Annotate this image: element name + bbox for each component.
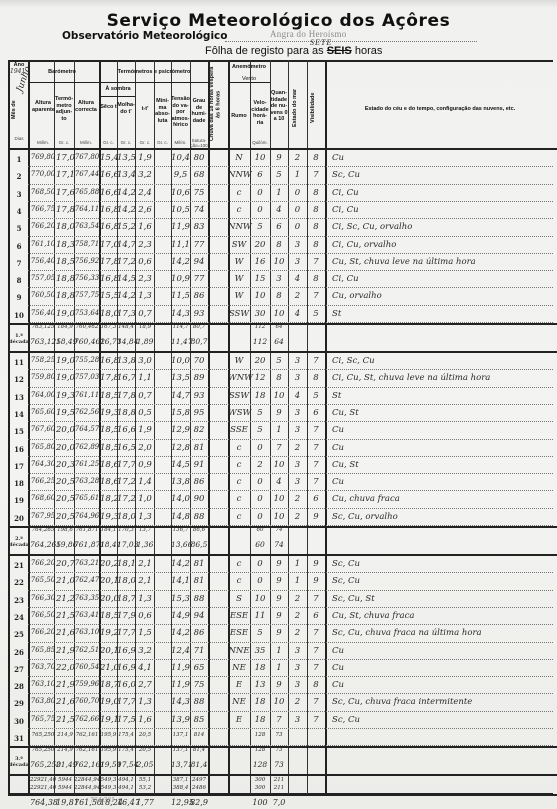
cell-vis: 7 [307, 460, 325, 470]
cell-rumo: c [228, 512, 250, 522]
cell-alt: 766,20 [30, 559, 56, 567]
cell-mar: 3 [288, 356, 307, 366]
cell-seco: 18,0 [100, 309, 117, 319]
cell-grau: 83 [190, 222, 208, 232]
header-barometro: Barómetro [32, 69, 92, 76]
cell-seco: 18,5 [100, 425, 117, 435]
cell-grau: 81 [190, 559, 208, 569]
decada-mean-cell: 17,54 [117, 760, 135, 769]
decada-label: 3.ª década [8, 756, 30, 768]
cell-corr: 762,56 [74, 408, 100, 416]
header-altura-correcta: Altura correcta [74, 100, 98, 113]
row-divider [99, 96, 135, 97]
cell-corr: 757,03 [74, 373, 100, 381]
cell-corr: 764,57 [74, 425, 100, 433]
row-guide [28, 693, 553, 694]
day-number: 31 [10, 734, 28, 743]
decada-mean-cell: 2,05 [136, 760, 154, 769]
cell-diff: 3,0 [136, 356, 154, 366]
cell-vis: 9 [307, 559, 325, 569]
cell-tens: 11,9 [171, 222, 190, 232]
total-sum-b: 22844,94 [74, 785, 100, 791]
cell-molh: 14,7 [117, 240, 135, 250]
day-number: 7 [10, 259, 28, 268]
row-guide [28, 218, 553, 219]
cell-nuv: 10 [270, 309, 288, 319]
decada-mean-cell: 73 [270, 760, 288, 769]
cell-diff: 1,3 [136, 697, 154, 707]
cell-diff: 1,1 [136, 373, 154, 383]
cell-mar: 3 [288, 425, 307, 435]
cell-tens: 10,4 [171, 153, 190, 163]
cell-seco: 16,8 [100, 274, 117, 284]
cell-nuv: 10 [270, 494, 288, 504]
cell-nuv: 9 [270, 559, 288, 569]
cell-molh: 17,2 [117, 257, 135, 267]
cell-vel: 11 [250, 611, 270, 621]
cell-diff: 3,2 [136, 646, 154, 656]
header-mes: Mês de [11, 95, 19, 125]
cell-vis: 8 [307, 373, 325, 383]
cell-rumo: NNW [228, 222, 250, 232]
cell-corr: 753,64 [74, 309, 100, 317]
cell-alt: 763,70 [30, 663, 56, 671]
cell-vel: 5 [250, 408, 270, 418]
cell-seco: 20,0 [100, 594, 117, 604]
cell-rumo: NNW [228, 170, 250, 180]
decada-mean-cell: 764,265 [30, 540, 56, 549]
cell-corr: 757,75 [74, 291, 100, 299]
decada-sum-cell: 60 [250, 527, 270, 533]
cell-molh: 13,4 [117, 170, 135, 180]
total-sum-a: 2497 [190, 777, 208, 783]
cell-nuv: 3 [270, 274, 288, 284]
day-number: 29 [10, 699, 28, 708]
cell-vis: 8 [307, 188, 325, 198]
cell-nuv: 5 [270, 170, 288, 180]
cell-vis: 5 [307, 309, 325, 319]
total-sum-b: 5944 [56, 785, 74, 791]
cell-nuv: 9 [270, 680, 288, 690]
unit-vel: Quilóm. [250, 140, 270, 145]
cell-rumo: SSW [228, 309, 250, 319]
cell-molh: 17,2 [117, 477, 135, 487]
cell-molh: 16,9 [117, 646, 135, 656]
cell-grau: 88 [190, 697, 208, 707]
cell-rumo: SSE [228, 425, 250, 435]
cell-seco: 20,1 [100, 646, 117, 656]
day-number: 4 [10, 207, 28, 216]
cell-rumo: W [228, 356, 250, 366]
cell-corr: 763,54 [74, 222, 100, 230]
total-sum-b: 53,2 [136, 785, 154, 791]
cell-molh: 13,8 [117, 356, 135, 366]
cell-nuv: 8 [270, 291, 288, 301]
cell-corr: 762,161 [74, 732, 100, 738]
header-a-sombra: À sombra [100, 86, 136, 93]
day-number: 2 [10, 172, 28, 181]
row-divider [8, 554, 557, 556]
cell-rumo: c [228, 443, 250, 453]
cell-alt: 758,25 [30, 356, 56, 364]
cell-seco: 16,8 [100, 205, 117, 215]
decada-sum-cell: 81,4 [190, 747, 208, 753]
cell-corr: 767,44 [74, 170, 100, 178]
cell-mar: 1 [288, 170, 307, 180]
row-guide [28, 184, 553, 185]
cell-mar: 0 [288, 205, 307, 215]
cell-molh: 17,7 [117, 460, 135, 470]
column-divider [208, 60, 210, 795]
cell-corr: 763,41 [74, 611, 100, 619]
unit-seco: Gr. c. [100, 140, 117, 145]
cell-diff: 1,3 [136, 291, 154, 301]
decada-sum-cell: 74 [270, 527, 288, 533]
weather-description: Cu [332, 680, 344, 690]
day-number: 12 [10, 375, 28, 384]
row-guide [28, 642, 553, 643]
cell-term: 21,6 [56, 697, 74, 707]
cell-nuv: 10 [270, 391, 288, 401]
cell-seco: 20,2 [100, 559, 117, 569]
row-guide [28, 287, 553, 288]
row-guide [28, 421, 553, 422]
day-number: 15 [10, 427, 28, 436]
cell-seco: 16,6 [100, 170, 117, 180]
cell-tens: 10,0 [171, 356, 190, 366]
cell-grau: 88 [190, 594, 208, 604]
unit-diff: Gr. c. [136, 140, 154, 145]
footer-note: 764,381 [90, 797, 115, 804]
cell-tens: 12,4 [171, 646, 190, 656]
cell-nuv: 4 [270, 205, 288, 215]
cell-alt: 756,40 [30, 257, 56, 265]
cell-diff: 3,2 [136, 170, 154, 180]
decada-mean-cell: 18,49 [56, 337, 74, 346]
total-sum-b: 2486 [190, 785, 208, 791]
weather-description: Sc, Cu [332, 559, 360, 569]
cell-tens: 15,8 [171, 408, 190, 418]
cell-vel: 18 [250, 715, 270, 725]
header-estado-mar: Estado do mar [292, 88, 300, 128]
cell-diff: 2,0 [136, 443, 154, 453]
observatory-stamp: Angra do Heroísmo [270, 29, 347, 39]
cell-grau: 91 [190, 460, 208, 470]
weather-description: St [332, 309, 341, 319]
weather-description: Ci, Sc, Cu [332, 356, 375, 366]
row-guide [28, 166, 553, 167]
decada-sum-cell: 761,871 [74, 527, 100, 533]
cell-seco: 17,8 [100, 373, 117, 383]
cell-mar: 2 [288, 697, 307, 707]
decada-sum-cell: 763,125 [30, 324, 56, 330]
cell-diff: 2,3 [136, 274, 154, 284]
cell-vel: 0 [250, 512, 270, 522]
cell-vis: 6 [307, 494, 325, 504]
cell-term: 21,5 [56, 715, 74, 725]
cell-rumo: c [228, 205, 250, 215]
cell-nuv: 73 [270, 732, 288, 738]
decada-sum-cell: 167,3 [100, 324, 117, 330]
cell-grau: 86 [190, 628, 208, 638]
cell-seco: 19,3 [100, 512, 117, 522]
cell-diff: 1,3 [136, 512, 154, 522]
row-guide [28, 236, 553, 237]
cell-diff: 1,6 [136, 222, 154, 232]
cell-tens: 13,8 [171, 477, 190, 487]
cell-corr: 763,28 [74, 477, 100, 485]
cell-vel: 20 [250, 240, 270, 250]
cell-nuv: 8 [270, 373, 288, 383]
cell-nuv: 1 [270, 663, 288, 673]
header-visibilidade: Visibilidade [310, 88, 318, 128]
cell-mar: 1 [288, 576, 307, 586]
decada-sum-cell: 114,7 [171, 324, 190, 330]
cell-alt: 764,30 [30, 460, 56, 468]
day-number: 3 [10, 190, 28, 199]
cell-diff: 2,1 [136, 576, 154, 586]
cell-vel: 128 [250, 732, 270, 738]
row-guide [28, 711, 553, 712]
row-divider [8, 148, 557, 150]
cell-corr: 761,11 [74, 391, 100, 399]
cell-diff: 1,9 [136, 153, 154, 163]
weather-description: Sc, Cu, chuva fraca intermitente [332, 697, 472, 707]
cell-nuv: 8 [270, 240, 288, 250]
decada-sum-cell: 20,5 [136, 747, 154, 753]
cell-mar: 4 [288, 274, 307, 284]
cell-diff: 2,1 [136, 559, 154, 569]
weather-description: Cu [332, 663, 344, 673]
decada-mean-cell: 763,125 [30, 337, 56, 346]
decada-mean-cell: 13,71 [171, 760, 190, 769]
decada-mean-cell: 128 [250, 760, 270, 769]
sheet-label-post: horas [355, 45, 383, 57]
unit-tens: Milím. [171, 140, 190, 145]
cell-seco: 17,0 [100, 240, 117, 250]
decada-sum-cell: 198,6 [56, 527, 74, 533]
weather-description: Cu, St [332, 460, 359, 470]
day-number: 5 [10, 224, 28, 233]
decada-mean-cell: 86,5 [190, 540, 208, 549]
cell-term: 21,9 [56, 646, 74, 656]
weather-description: Ci, Cu [332, 188, 359, 198]
cell-seco: 19,1 [100, 715, 117, 725]
weather-description: Cu, St, chuva fraca [332, 611, 414, 621]
cell-seco: 15,5 [100, 291, 117, 301]
decada-sum-cell: 18,9 [136, 324, 154, 330]
cell-tens: 10,5 [171, 205, 190, 215]
cell-molh: 18,8 [117, 408, 135, 418]
cell-alt: 766,75 [30, 205, 56, 213]
day-number: 24 [10, 613, 28, 622]
decada-mean-cell: 64 [270, 337, 288, 346]
cell-mar: 4 [288, 309, 307, 319]
decada-mean-cell: 761,871 [74, 540, 100, 549]
cell-vis: 6 [307, 408, 325, 418]
cell-tens: 11,9 [171, 663, 190, 673]
cell-tens: 14,8 [171, 512, 190, 522]
cell-seco: 17,8 [100, 257, 117, 267]
cell-alt: 768,50 [30, 188, 56, 196]
cell-alt: 760,50 [30, 291, 56, 299]
cell-term: 18,0 [56, 222, 74, 232]
weather-description: Sc, Cu [332, 576, 360, 586]
sheet-subtitle: Fôlha de registo para as SEIS horas [205, 45, 382, 57]
total-sum-b: 300 [250, 785, 270, 791]
cell-tens: 10,6 [171, 188, 190, 198]
decada-mean-cell: 21,49 [56, 760, 74, 769]
cell-corr: 764,96 [74, 512, 100, 520]
cell-nuv: 7 [270, 443, 288, 453]
cell-mar: 3 [288, 680, 307, 690]
cell-vis: 7 [307, 715, 325, 725]
cell-alt: 767,60 [30, 425, 56, 433]
decada-sum-cell: 184,1 [100, 527, 117, 533]
weather-description: Ci, Cu [332, 274, 359, 284]
row-guide [28, 305, 553, 306]
unit-corr: Milím. [74, 140, 98, 145]
cell-term: 18,8 [56, 291, 74, 301]
cell-rumo: W [228, 274, 250, 284]
cell-vis: 7 [307, 443, 325, 453]
cell-vis: 7 [307, 477, 325, 487]
cell-tens: 14,2 [171, 628, 190, 638]
cell-seco: 18,6 [100, 460, 117, 470]
cell-mar: 3 [288, 373, 307, 383]
cell-vel: 10 [250, 594, 270, 604]
cell-mar: 2 [288, 291, 307, 301]
cell-corr: 762,89 [74, 443, 100, 451]
cell-vel: 5 [250, 425, 270, 435]
cell-diff: 1,9 [136, 425, 154, 435]
cell-term: 20,7 [56, 559, 74, 569]
cell-nuv: 9 [270, 408, 288, 418]
cell-rumo: c [228, 559, 250, 569]
decada-mean-cell: 16,73 [100, 337, 117, 346]
cell-tens: 13,5 [171, 373, 190, 383]
monthly-mean: 100 [250, 798, 270, 807]
cell-term: 19,5 [56, 408, 74, 418]
decada-mean-cell: 11,47 [171, 337, 190, 346]
row-guide [28, 253, 553, 254]
cell-vis: 6 [307, 611, 325, 621]
cell-diff: 0,5 [136, 408, 154, 418]
cell-rumo: E [228, 715, 250, 725]
cell-alt: 769,80 [30, 153, 56, 161]
day-number: 11 [10, 358, 28, 367]
cell-vel: 0 [250, 188, 270, 198]
header-anemometro: Anemómetro [228, 64, 270, 71]
row-divider [8, 351, 557, 353]
weather-description: Cu [332, 425, 344, 435]
cell-seco: 18,2 [100, 494, 117, 504]
cell-seco: 16,8 [100, 356, 117, 366]
cell-tens: 11,1 [171, 240, 190, 250]
decada-sum-cell: 148,4 [117, 324, 135, 330]
weather-description: Cu, orvalho [332, 291, 382, 301]
cell-nuv: 6 [270, 222, 288, 232]
cell-alt: 764,00 [30, 391, 56, 399]
day-number: 20 [10, 514, 28, 523]
cell-term: 18,8 [56, 274, 74, 284]
decada-mean-cell: 14,84 [117, 337, 135, 346]
cell-grau: 94 [190, 257, 208, 267]
header-termometro-adjunto: Termó-metro adjun-to [55, 96, 73, 122]
cell-molh: 14,2 [117, 205, 135, 215]
cell-alt: 766,50 [30, 611, 56, 619]
total-sum-a: 22844,94 [74, 777, 100, 783]
cell-term: 21,9 [56, 680, 74, 690]
cell-vel: 0 [250, 559, 270, 569]
decada-sum-cell: 764,265 [30, 527, 56, 533]
cell-diff: 0,6 [136, 611, 154, 621]
cell-term: 20,5 [56, 494, 74, 504]
cell-corr: 760,70 [74, 697, 100, 705]
cell-vis: 7 [307, 646, 325, 656]
cell-nuv: 9 [270, 594, 288, 604]
cell-corr: 763,35 [74, 594, 100, 602]
decada-sum-cell: 175,4 [117, 747, 135, 753]
cell-term: 21,6 [56, 628, 74, 638]
unit-term: Gr. c. [55, 140, 73, 145]
cell-nuv: 9 [270, 576, 288, 586]
cell-vel: 0 [250, 477, 270, 487]
cell-grau: 74 [190, 205, 208, 215]
cell-molh: 16,6 [117, 425, 135, 435]
decada-mean-cell: 80,7 [190, 337, 208, 346]
cell-mar: 3 [288, 646, 307, 656]
row-guide [28, 387, 553, 388]
cell-molh: 13,5 [117, 153, 135, 163]
cell-rumo: ESE [228, 628, 250, 638]
cell-tens: 11,9 [171, 680, 190, 690]
cell-nuv: 1 [270, 188, 288, 198]
cell-term: 21,0 [56, 576, 74, 586]
cell-nuv: 9 [270, 153, 288, 163]
cell-tens: 12,8 [171, 443, 190, 453]
day-number: 6 [10, 242, 28, 251]
unit-molh: Gr. c. [117, 140, 135, 145]
header-molhado: Molha-do t' [117, 102, 135, 115]
cell-grau: 81 [190, 443, 208, 453]
cell-vis: 7 [307, 663, 325, 673]
cell-grau: 75 [190, 188, 208, 198]
cell-grau: 93 [190, 309, 208, 319]
total-sum-b: 388,4 [171, 785, 190, 791]
cell-alt: 766,20 [30, 628, 56, 636]
cell-alt: 759,80 [30, 373, 56, 381]
decada-sum-cell: 762,161 [74, 747, 100, 753]
cell-rumo: WSW [228, 408, 250, 418]
cell-diff: 2,6 [136, 205, 154, 215]
row-divider [28, 82, 208, 83]
cell-tens: 137,1 [171, 732, 190, 738]
cell-grau: 88 [190, 512, 208, 522]
day-number: 14 [10, 410, 28, 419]
cell-nuv: 5 [270, 356, 288, 366]
cell-grau: 75 [190, 680, 208, 690]
row-divider [8, 794, 557, 796]
total-sum-a: 55,1 [136, 777, 154, 783]
decada-mean-cell: 74 [270, 540, 288, 549]
sheet-hour-struck: SEIS [327, 45, 352, 57]
cell-nuv: 7 [270, 715, 288, 725]
monthly-mean: 16,47 [117, 798, 135, 807]
cell-molh: 14,5 [117, 274, 135, 284]
cell-vis: 8 [307, 240, 325, 250]
row-guide [28, 607, 553, 608]
